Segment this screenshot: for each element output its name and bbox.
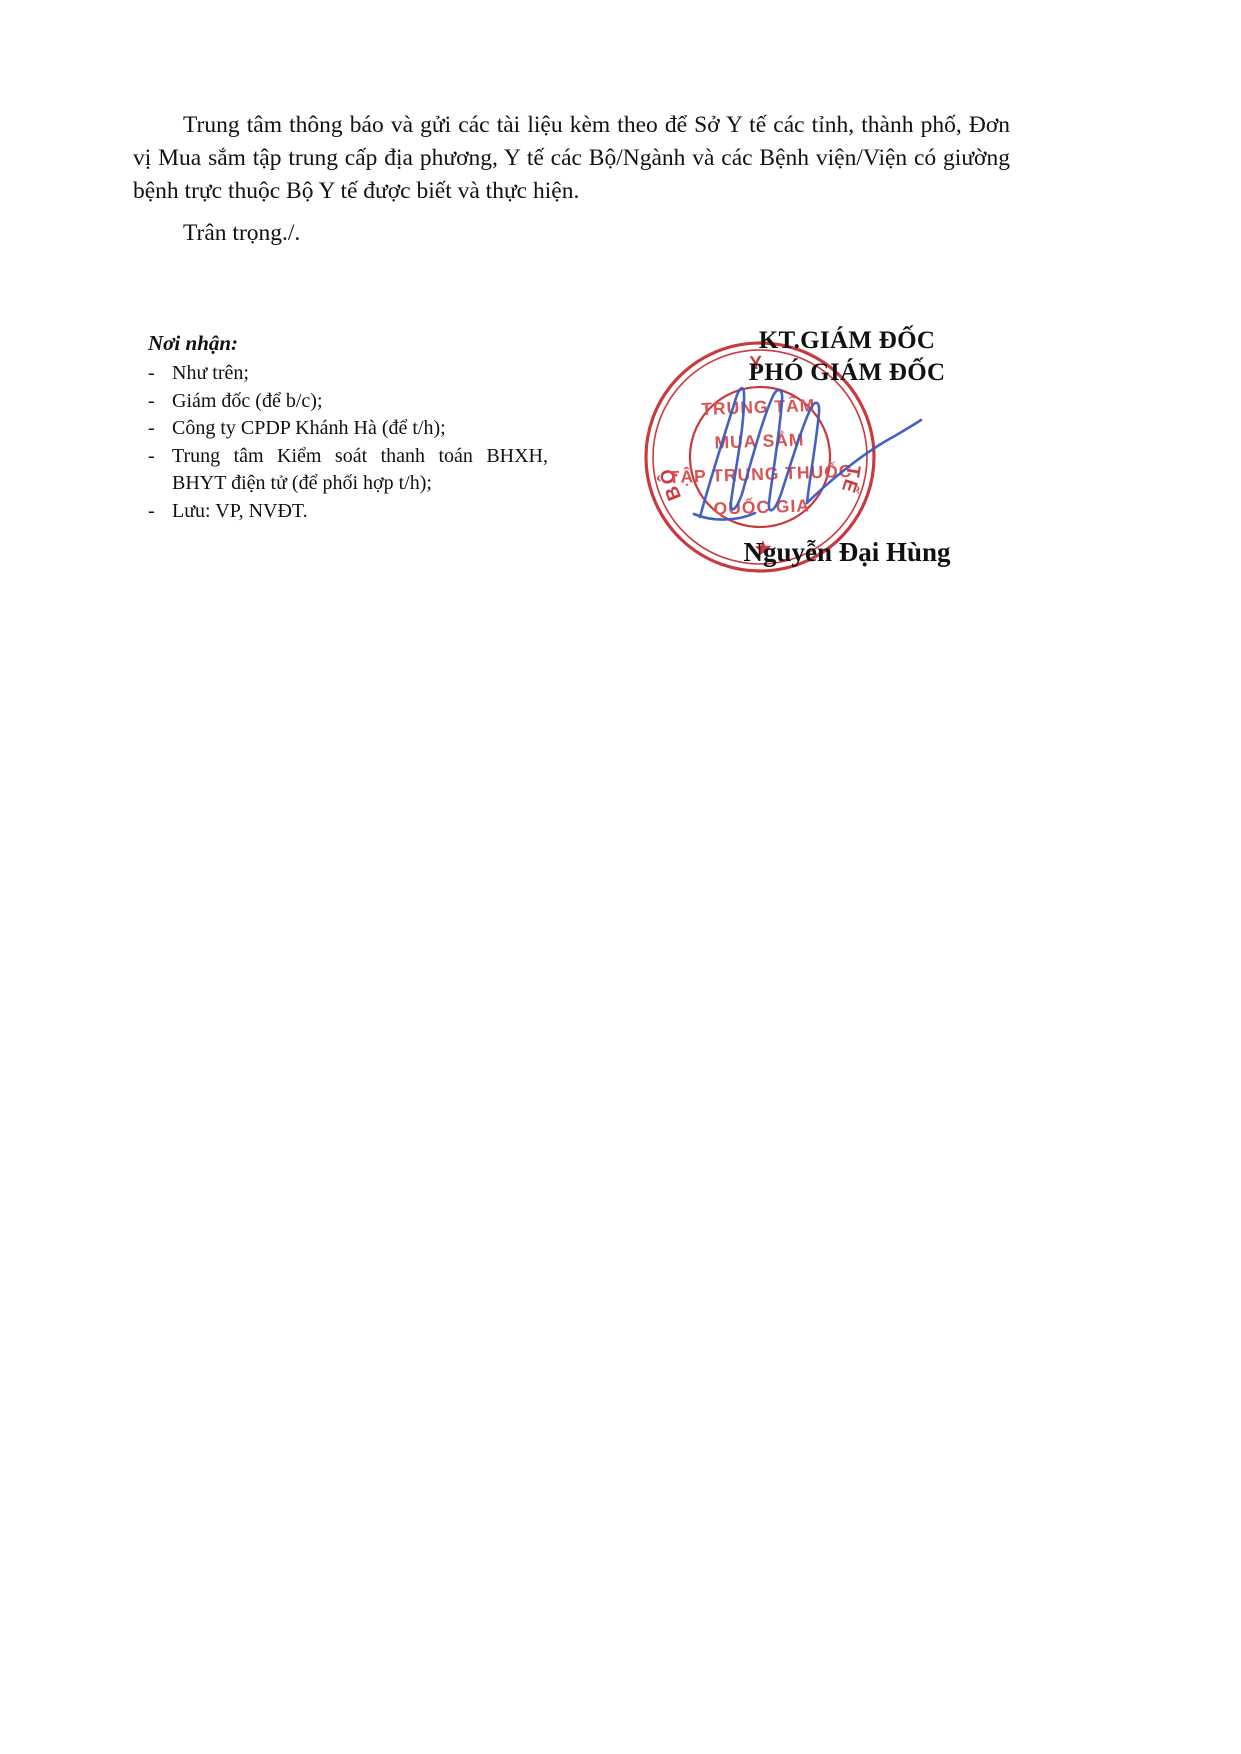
list-item-text: Lưu: VP, NVĐT. xyxy=(172,498,548,526)
list-dash: - xyxy=(148,443,172,498)
list-item: - Như trên; xyxy=(148,360,558,388)
signature-title-line1: KT.GIÁM ĐỐC xyxy=(640,326,1054,356)
list-item-text: Như trên; xyxy=(172,360,548,388)
recipients-title: Nơi nhận: xyxy=(148,331,558,356)
list-item: - Công ty CPDP Khánh Hà (để t/h); xyxy=(148,415,558,443)
list-item: - Giám đốc (để b/c); xyxy=(148,388,558,416)
list-item-text: Công ty CPDP Khánh Hà (để t/h); xyxy=(172,415,548,443)
closing-salutation: Trân trọng./. xyxy=(133,217,1010,250)
list-item-text: Trung tâm Kiểm soát thanh toán BHXH, BHY… xyxy=(172,443,548,498)
list-dash: - xyxy=(148,498,172,526)
list-item: - Lưu: VP, NVĐT. xyxy=(148,498,558,526)
list-dash: - xyxy=(148,415,172,443)
list-dash: - xyxy=(148,360,172,388)
recipients-block: Nơi nhận: - Như trên; - Giám đốc (để b/c… xyxy=(148,331,558,525)
list-item: - Trung tâm Kiểm soát thanh toán BHXH, B… xyxy=(148,443,558,498)
list-dash: - xyxy=(148,388,172,416)
signer-name: Nguyễn Đại Hùng xyxy=(640,537,1054,568)
signature-title-line2: PHÓ GIÁM ĐỐC xyxy=(640,358,1054,388)
body-paragraph: Trung tâm thông báo và gửi các tài liệu … xyxy=(133,109,1010,208)
text-layer: Trung tâm thông báo và gửi các tài liệu … xyxy=(0,0,1241,1754)
closing-paragraph-block: Trung tâm thông báo và gửi các tài liệu … xyxy=(133,109,1010,250)
document-page: BỘ Y TẾ TRUNG TÂM MUA SẮM TẬP TRUNG THUỐ… xyxy=(0,0,1241,1754)
list-item-text: Giám đốc (để b/c); xyxy=(172,388,548,416)
